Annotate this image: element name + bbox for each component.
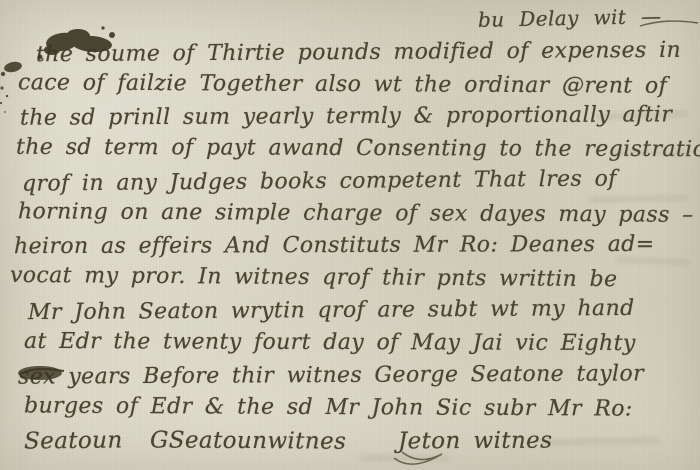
manuscript-line: cace of failzie Together also wt the ord…: [18, 70, 667, 98]
manuscript-page: bu Delay wit — the soume of Thirtie poun…: [0, 0, 700, 470]
signature-witness: Jeton witnes: [398, 428, 552, 455]
show-through-smudge: [615, 257, 690, 266]
manuscript-line: the sd term of payt awand Consenting to …: [16, 135, 700, 163]
show-through-smudge: [360, 455, 450, 462]
manuscript-line: Mr John Seaton wrytin qrof are subt wt m…: [28, 296, 635, 325]
manuscript-line: sex years Before thir witnes George Seat…: [18, 361, 644, 389]
manuscript-line: vocat my pror. In witnes qrof thir pnts …: [10, 263, 618, 292]
manuscript-line: heiron as effeirs And Constituts Mr Ro: …: [14, 232, 655, 259]
manuscript-line: the soume of Thirtie pounds modified of …: [36, 38, 681, 68]
signature-gseatoun: GSeatounwitnes: [150, 427, 346, 454]
signature-seatoun: Seatoun: [24, 427, 123, 454]
ink-speck: [0, 86, 8, 113]
manuscript-line: burges of Edr & the sd Mr John Sic subr …: [24, 393, 633, 421]
manuscript-line: horning on ane simple charge of sex daye…: [18, 199, 694, 228]
date-docket: bu Delay wit —: [478, 4, 662, 32]
show-through-smudge: [540, 437, 660, 446]
manuscript-line: qrof in any Judges books competent That …: [22, 166, 617, 196]
manuscript-line: at Edr the twenty fourt day of May Jai v…: [24, 329, 636, 356]
manuscript-line: the sd prinll sum yearly termly & propor…: [20, 102, 672, 130]
